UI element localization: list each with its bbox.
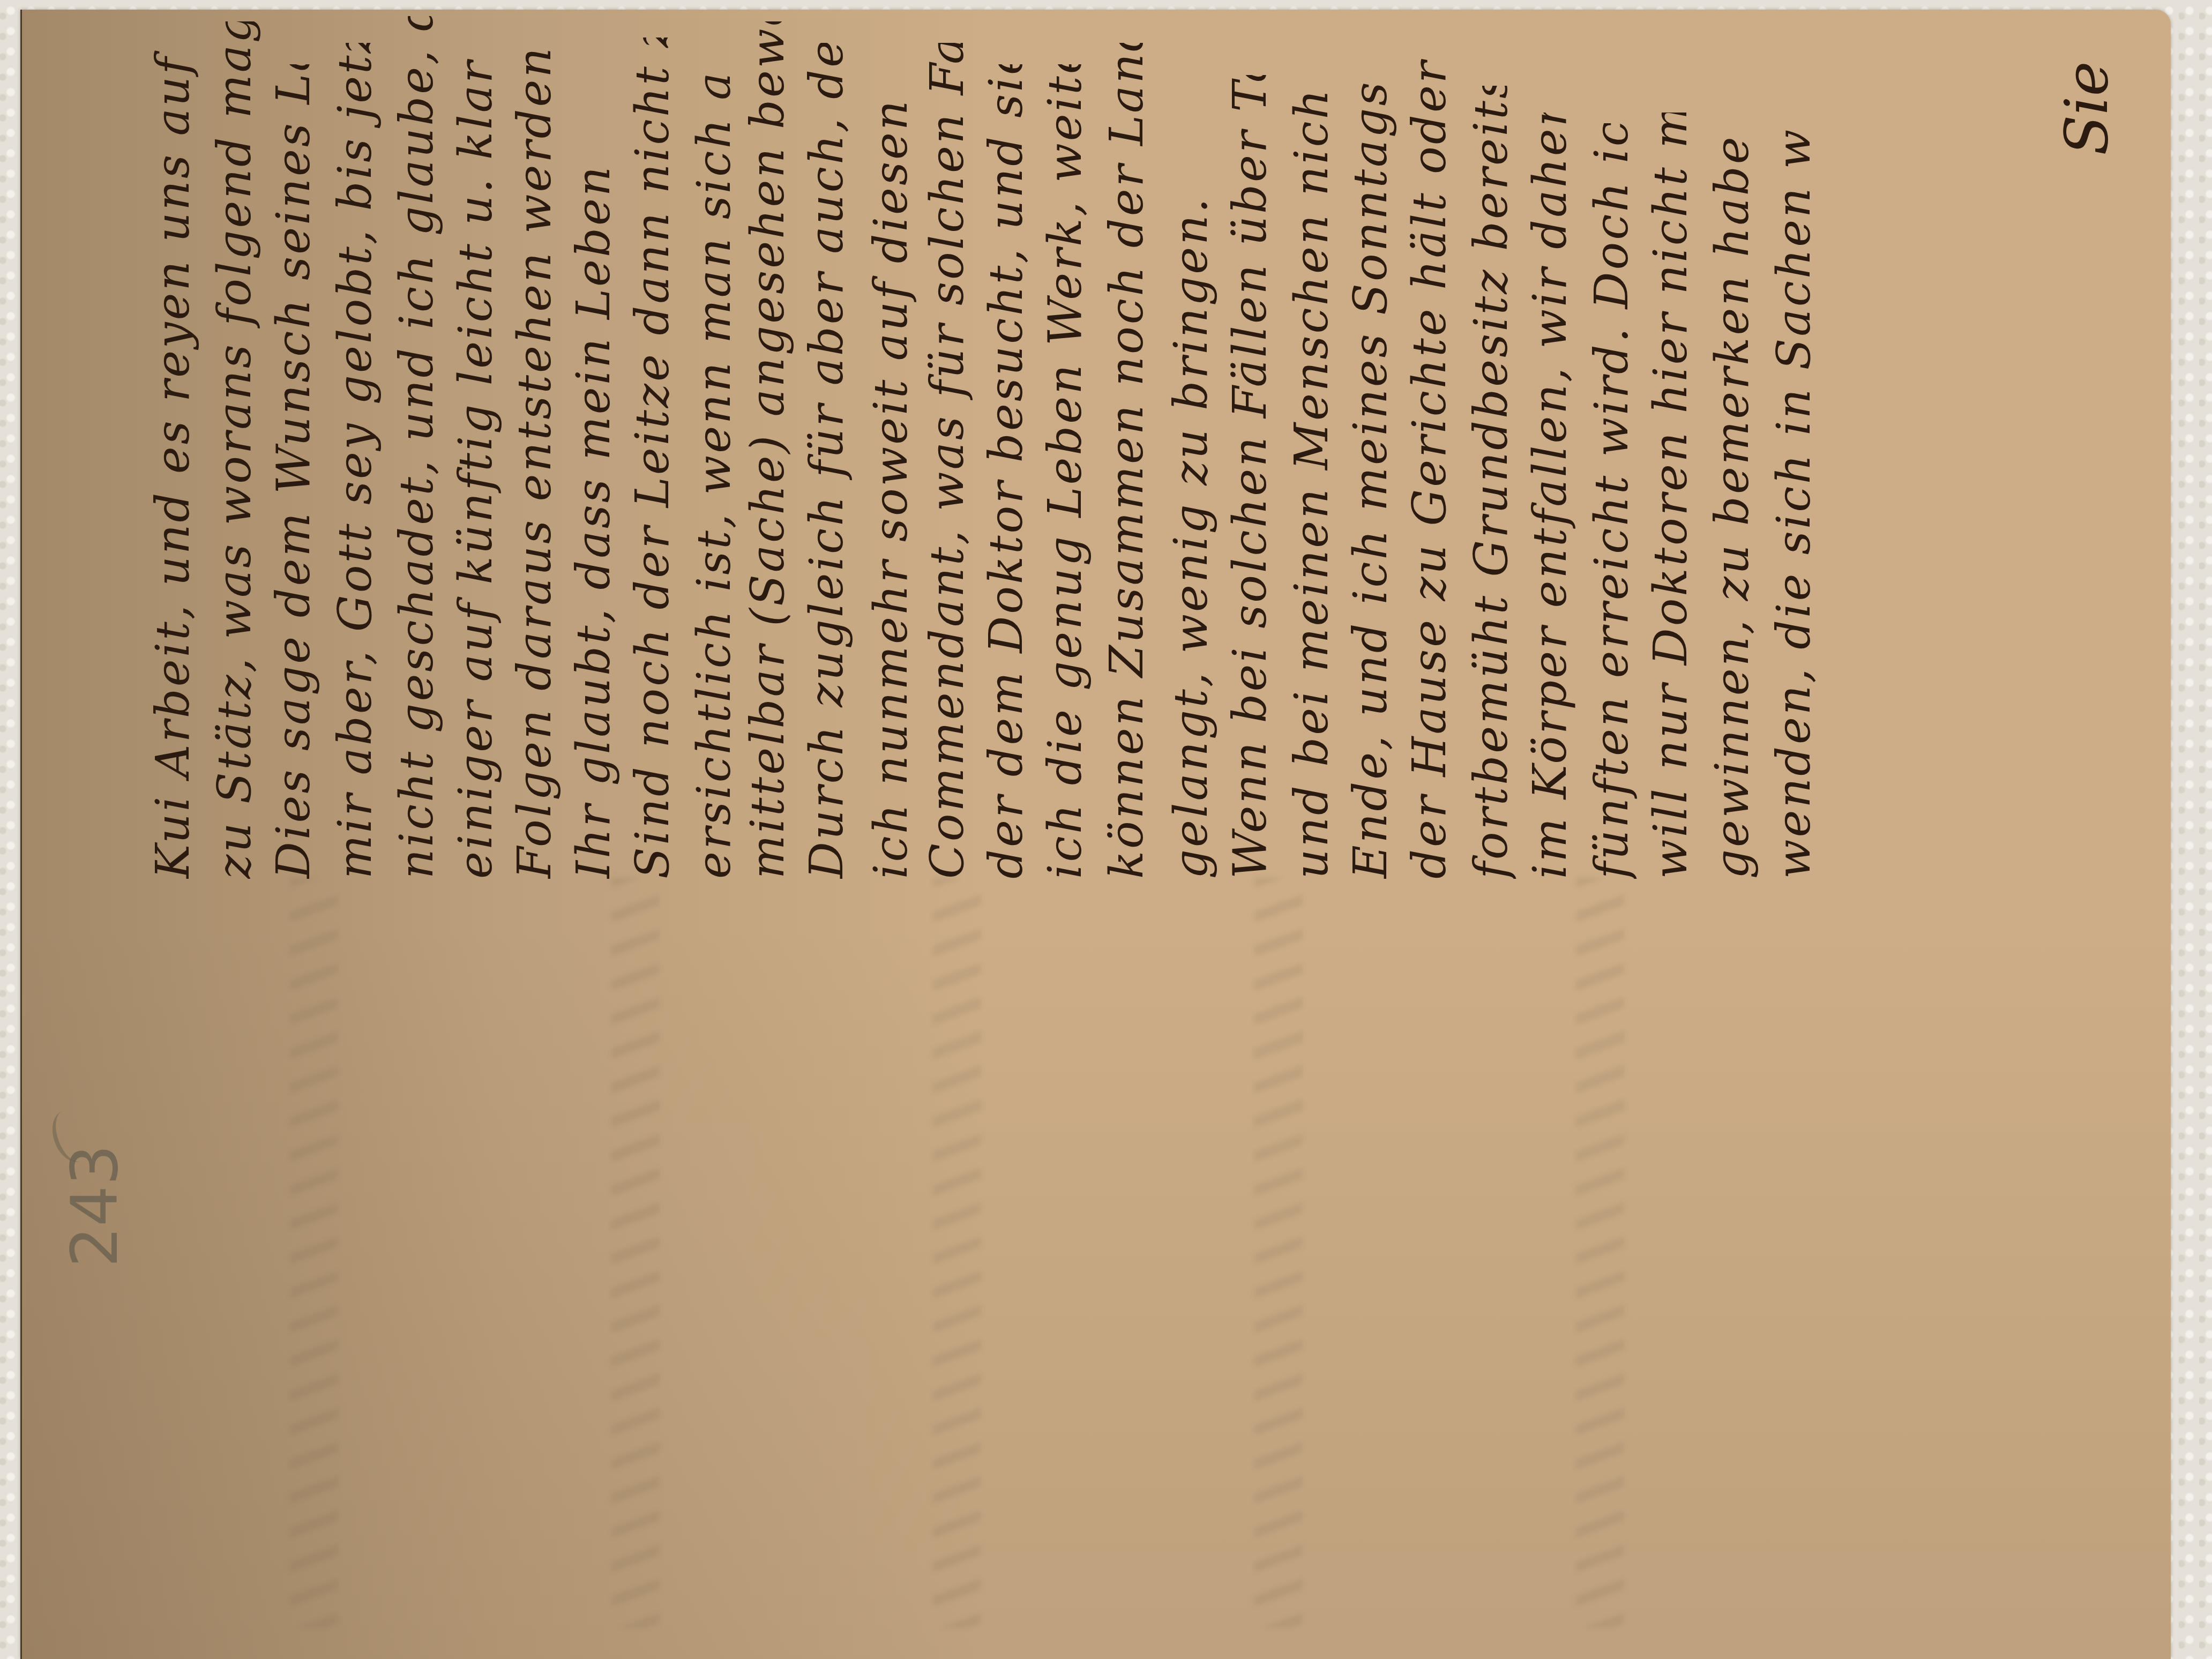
handwritten-line: Wenn bei solchen Fällen über Tag, [1227, 75, 1281, 879]
handwritten-line: fortbemüht Grundbesitz bereits [1468, 86, 1522, 879]
handwritten-line: im Körper entfallen, wir daher [1527, 113, 1581, 879]
handwritten-line: mittelbar (Sache) angesehen beweget. [745, 21, 798, 879]
handwritten-line: Kui Arbeit, und es reyen uns auf gleich, [150, 43, 204, 879]
handwritten-line: zu Stätz, was worans folgend magen. [212, 21, 265, 879]
handwritten-line: nicht geschadet, und ich glaube, dass [394, 16, 447, 879]
handwritten-line: Dies sage dem Wunsch seines Lagen hat [271, 64, 324, 879]
bleed-through-shadow [933, 878, 981, 1628]
folio-number: 243 [58, 1109, 149, 1302]
handwritten-line: mir aber, Gott sey gelobt, bis jetzt [332, 43, 386, 879]
handwritten-line: Commendant, was für solchen Fall [924, 43, 978, 879]
bleed-through-shadow [1576, 878, 1624, 1628]
catchword: Sie [2052, 54, 2117, 155]
handwritten-line: wenden, die sich in Sachen weniger [1771, 129, 1825, 879]
handwritten-line: und bei meinen Menschen nichts, [1289, 86, 1342, 879]
bleed-through-shadow [611, 878, 660, 1628]
handwritten-line: fünften erreicht wird. Doch ich [1589, 123, 1642, 879]
handwritten-line: Ende, und ich meines Sonntags [1348, 43, 1401, 879]
handwritten-line: Durch zugleich für aber auch, dem [804, 43, 857, 879]
handwritten-line: können Zusammen noch der Land [1104, 43, 1157, 879]
handwritten-line: der Hause zu Gerichte hält oder [1407, 59, 1460, 879]
handwritten-line: ich die genug Leben Werk, weiter [1042, 64, 1096, 879]
handwritten-line: will nur Doktoren hier nicht mehr [1648, 113, 1701, 879]
handwritten-line: ich nunmehr soweit auf diesen [868, 43, 922, 879]
handwritten-line: einiger auf künftig leicht u. klar [453, 43, 506, 879]
handwritten-line: ersichtlich ist, wenn man sich an- [691, 75, 745, 879]
handwritten-line: der dem Doktor besucht, und sie [983, 64, 1037, 879]
handwritten-line: Folgen daraus entstehen werden. [512, 48, 565, 879]
bleed-through-shadow [1254, 878, 1303, 1628]
bleed-through-shadow [290, 878, 338, 1628]
handwritten-line: Ihr glaubt, dass mein Leben [571, 102, 624, 879]
handwritten-line: gelangt, wenig zu bringen. [1168, 75, 1222, 879]
handwritten-line: gewinnen, zu bemerken habe ich an- [1709, 118, 1763, 879]
handwritten-line: Sind noch der Leitze dann nicht zu [630, 38, 683, 879]
